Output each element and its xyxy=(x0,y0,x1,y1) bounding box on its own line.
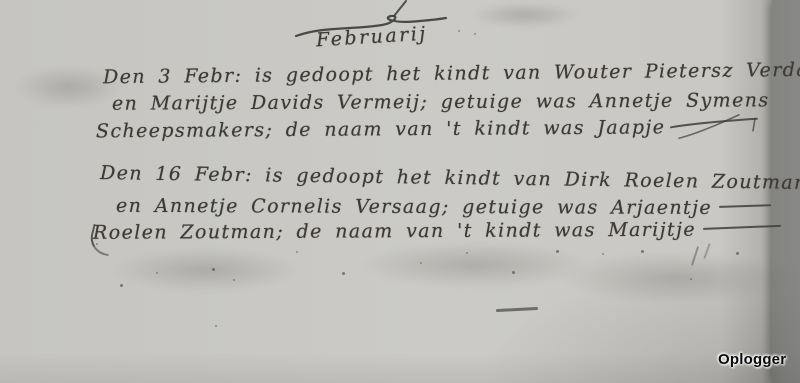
entry-line-text: Den 16 Febr: is gedoopt het kindt van Di… xyxy=(100,162,800,194)
ink-speck xyxy=(474,33,476,35)
stray-ink-dash xyxy=(496,307,538,312)
entry-line: Scheepsmakers; de naam van 't kindt was … xyxy=(96,115,761,146)
pen-stroke xyxy=(719,204,771,208)
pen-stroke xyxy=(703,225,781,230)
entry-line: en Marijtje Davids Vermeij; getuige was … xyxy=(112,89,770,114)
ink-speck xyxy=(641,250,644,253)
ink-bleed-smudge xyxy=(110,248,300,292)
entry-line: Roelen Zoutman; de naam van 't kindt was… xyxy=(93,218,781,244)
entry-line: Den 3 Febr: is gedoopt het kindt van Wou… xyxy=(103,58,800,88)
ink-speck xyxy=(120,284,123,287)
ink-bleed-smudge xyxy=(560,252,790,304)
ink-speck xyxy=(690,278,692,280)
entry-line-text: en Marijtje Davids Vermeij; getuige was … xyxy=(112,89,770,114)
ink-speck xyxy=(233,279,235,281)
entry-line: en Annetje Cornelis Versaag; getuige was… xyxy=(116,195,771,219)
ink-bleed-smudge xyxy=(470,2,580,28)
ink-speck xyxy=(215,325,217,327)
entry-line-text: Scheepsmakers; de naam van 't kindt was … xyxy=(96,116,665,142)
ink-speck xyxy=(212,268,215,271)
entry-line-text: Den 3 Febr: is gedoopt het kindt van Wou… xyxy=(103,59,800,89)
entry-line-text: Roelen Zoutman; de naam van 't kindt was… xyxy=(93,219,696,244)
ink-speck xyxy=(342,272,345,275)
oplogger-watermark-label: Oplogger xyxy=(718,351,786,368)
ink-bleed-smudge xyxy=(360,242,590,288)
ink-speck xyxy=(602,253,604,255)
pen-hook-mark xyxy=(87,224,115,256)
entry-line-text: en Annetje Cornelis Versaag; getuige was… xyxy=(116,195,712,219)
entry-line: Den 16 Febr: is gedoopt het kindt van Di… xyxy=(100,162,800,194)
ink-speck xyxy=(156,272,158,274)
ink-speck xyxy=(556,250,559,253)
ink-speck xyxy=(296,251,298,253)
ink-speck xyxy=(466,252,468,254)
pen-flourish xyxy=(669,113,761,140)
manuscript-scan-page: Februarij Den 3 Febr: is gedoopt het kin… xyxy=(0,0,800,383)
ink-speck xyxy=(458,30,460,32)
ink-speck xyxy=(736,252,739,255)
ink-speck xyxy=(512,271,515,274)
ink-bleed-smudge xyxy=(14,66,124,108)
ink-speck xyxy=(420,262,422,264)
